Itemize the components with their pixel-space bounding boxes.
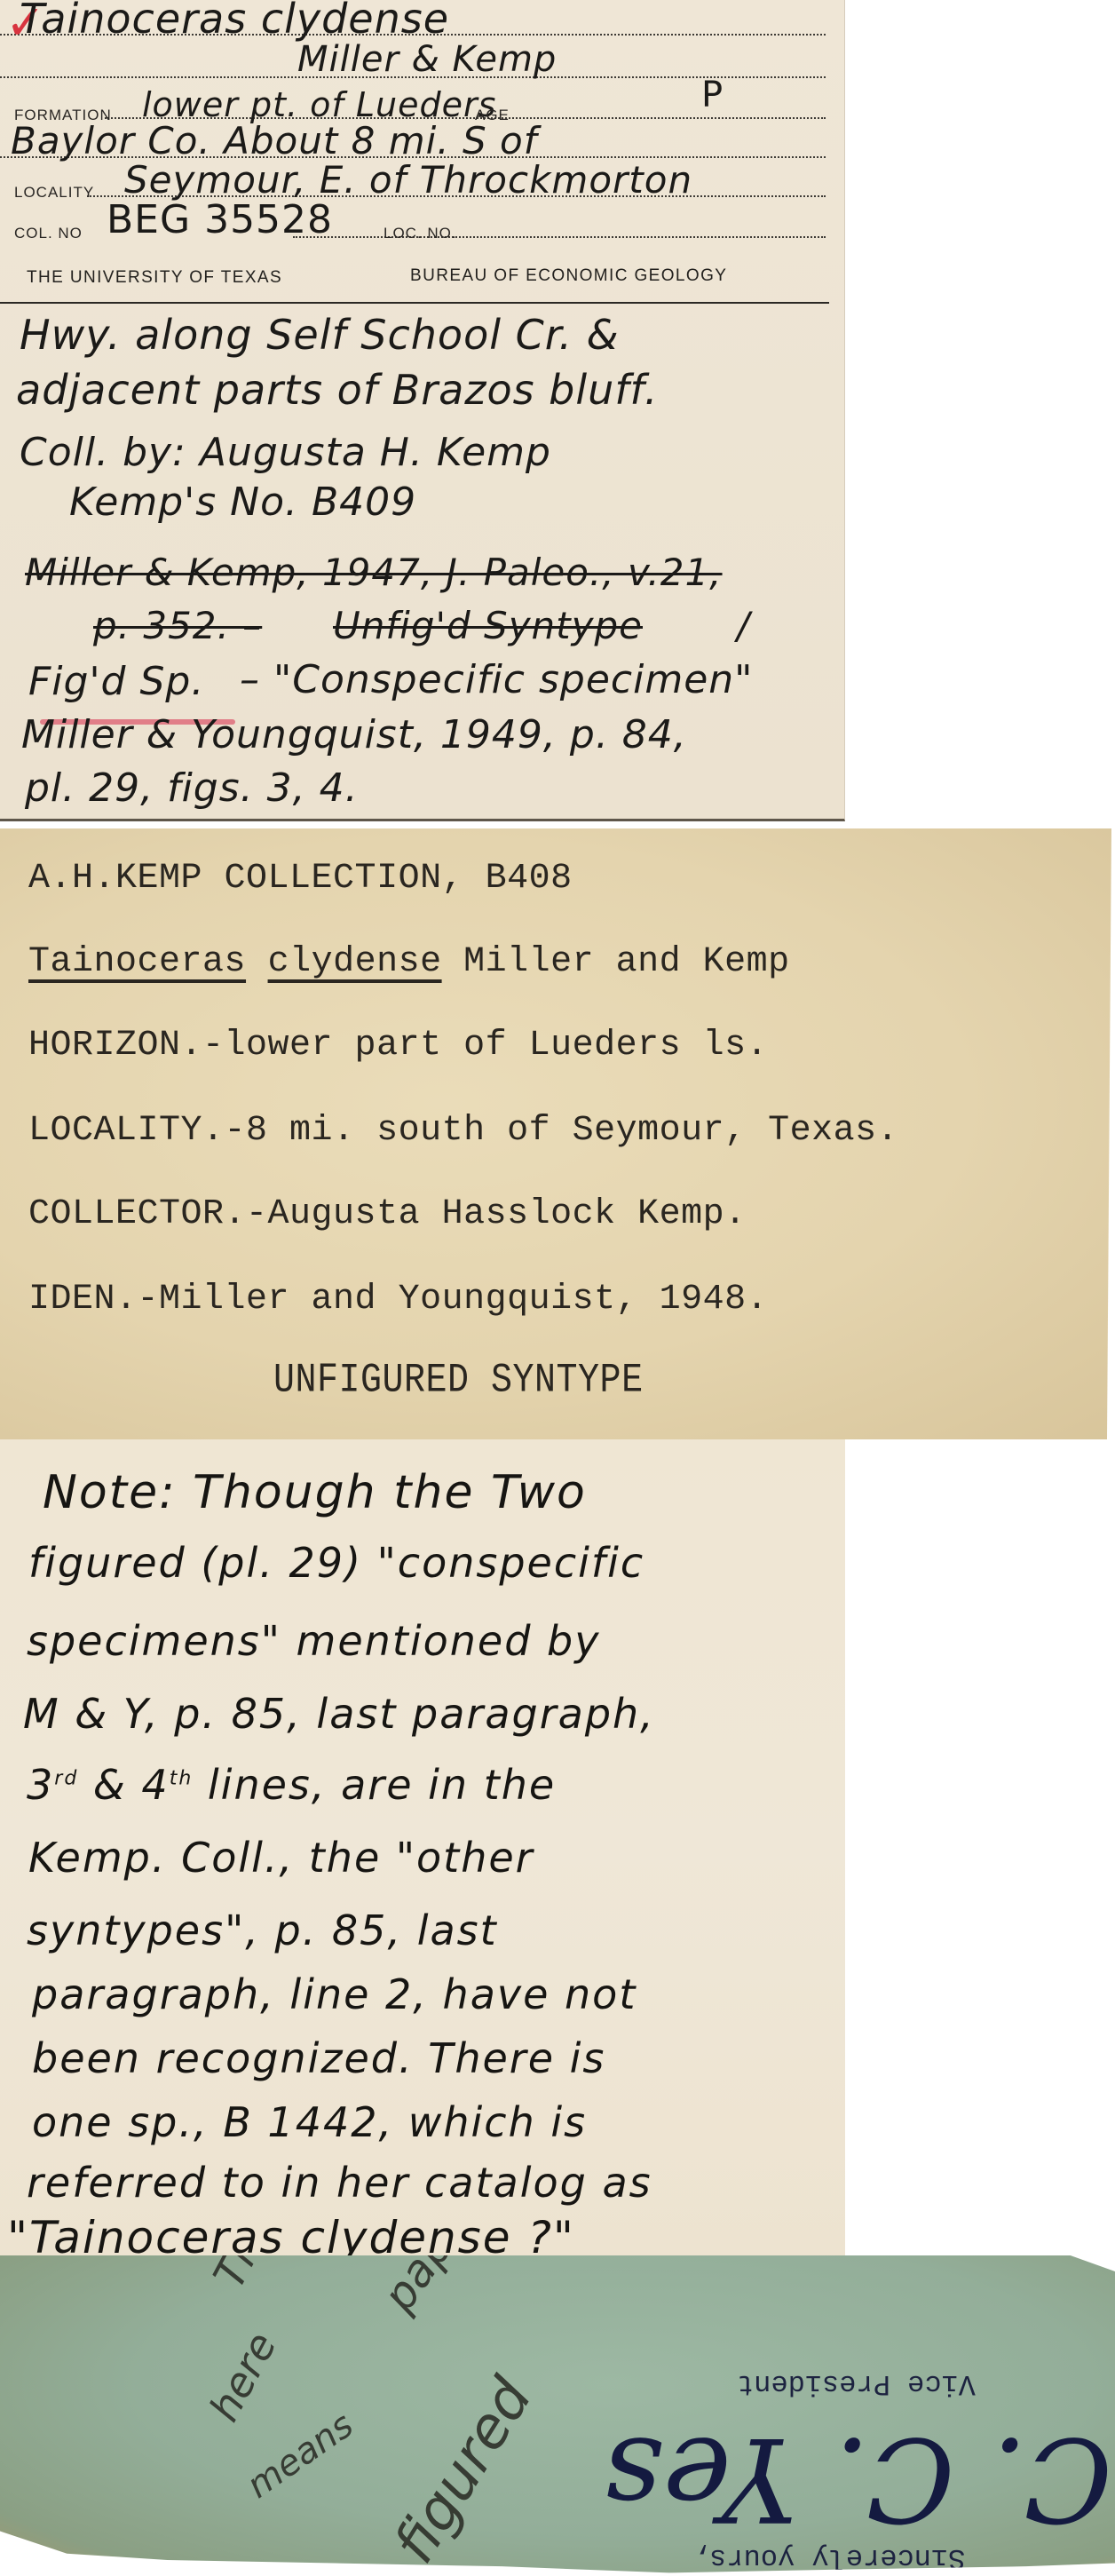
authors: Miller and Kemp — [463, 942, 790, 982]
loc-no-label: LOC. NO. — [384, 225, 457, 242]
typed-vice-president: Vice President — [737, 2367, 976, 2400]
note-line: one sp., B 1442, which is — [32, 2098, 587, 2146]
locality-label: LOCALITY — [14, 184, 94, 202]
collector-line: Coll. by: Augusta H. Kemp — [20, 430, 551, 475]
handwritten-note-card: Note: Though the Two figured (pl. 29) "c… — [0, 1439, 845, 2255]
pencil-note-here: here — [200, 2325, 286, 2429]
locality-line-2: Seymour, E. of Throckmorton — [124, 158, 692, 202]
note-line: syntypes", p. 85, last — [27, 1906, 498, 1954]
note-line: M & Y, p. 85, last paragraph, — [23, 1690, 655, 1738]
locality-line-1: Baylor Co. About 8 mi. S of — [11, 119, 538, 162]
horizon-line: HORIZON.-lower part of Lueders ls. — [28, 1026, 768, 1066]
ink-signature: C. C. Yes — [604, 2412, 1112, 2547]
struck-unfigured-syntype: Unfig'd Syntype — [333, 604, 643, 647]
identification-line: IDEN.-Miller and Youngquist, 1948. — [28, 1280, 768, 1320]
struck-page: p. 352. – — [93, 604, 262, 647]
note-line: Hwy. along Self School Cr. & — [20, 311, 620, 359]
note-line: specimens" mentioned by — [27, 1617, 600, 1665]
ordinal-4: & 4 — [78, 1761, 169, 1809]
taxon-line: Tainoceras clydense Miller and Kemp — [28, 942, 790, 982]
taxon-name: Tainoceras clydense — [20, 0, 449, 43]
typed-closing: Sincerely yours, — [692, 2541, 965, 2574]
note-line: Kemp. Coll., the "other — [28, 1834, 534, 1882]
bureau-name: BUREAU OF ECONOMIC GEOLOGY — [410, 266, 727, 286]
ordinal-3: 3 — [27, 1761, 54, 1809]
locality-line: LOCALITY.-8 mi. south of Seymour, Texas. — [28, 1111, 898, 1151]
note-line: 3rd & 4th lines, are in the — [27, 1761, 556, 1809]
pencil-note-means: means — [240, 2405, 360, 2507]
note-text: lines, are in the — [193, 1761, 556, 1809]
type-status: UNFIGURED SYNTYPE — [273, 1359, 644, 1405]
note-line: Note: Though the Two — [43, 1466, 587, 1519]
figured-specimen-note: – "Conspecific specimen" — [240, 657, 753, 702]
genus: Tainoceras — [28, 942, 246, 982]
header-divider — [0, 302, 829, 304]
kemp-number-line: Kemp's No. B409 — [69, 480, 416, 525]
reference-line: pl. 29, figs. 3, 4. — [25, 765, 359, 811]
reference-line: Miller & Youngquist, 1949, p. 84, — [21, 712, 687, 757]
note-line: paragraph, line 2, have not — [32, 1970, 637, 2018]
collection-heading: A.H.KEMP COLLECTION, B408 — [28, 859, 573, 899]
slash-mark: / — [737, 604, 750, 647]
ruled-line — [293, 236, 826, 238]
note-line: figured (pl. 29) "conspecific — [28, 1539, 644, 1587]
specimen-index-card: ✓ Tainoceras clydense Miller & Kemp FORM… — [0, 0, 845, 821]
figured-specimen-label: Fig'd Sp. — [28, 659, 204, 704]
green-letter-fragment: This paper here means figured Vice Presi… — [0, 2255, 1115, 2576]
note-line: referred to in her catalog as — [27, 2159, 652, 2207]
species: clydense — [268, 942, 442, 982]
col-no-label: COL. NO — [14, 225, 83, 242]
superscript-rd: rd — [54, 1768, 78, 1790]
collector-line: COLLECTOR.-Augusta Hasslock Kemp. — [28, 1194, 747, 1234]
kemp-collection-label: A.H.KEMP COLLECTION, B408 Tainoceras cly… — [0, 828, 1111, 1439]
col-no-value: BEG 35528 — [107, 197, 333, 242]
age-value: P — [701, 75, 724, 115]
superscript-th: th — [170, 1768, 194, 1790]
struck-reference-line: Miller & Kemp, 1947, J. Paleo., v.21, — [25, 551, 723, 594]
note-line: adjacent parts of Brazos bluff. — [16, 366, 659, 414]
note-line: been recognized. There is — [32, 2034, 605, 2082]
pencil-note-figured: figured — [382, 2367, 545, 2574]
university-name: THE UNIVERSITY OF TEXAS — [27, 268, 282, 288]
taxon-authors: Miller & Kemp — [297, 39, 557, 80]
